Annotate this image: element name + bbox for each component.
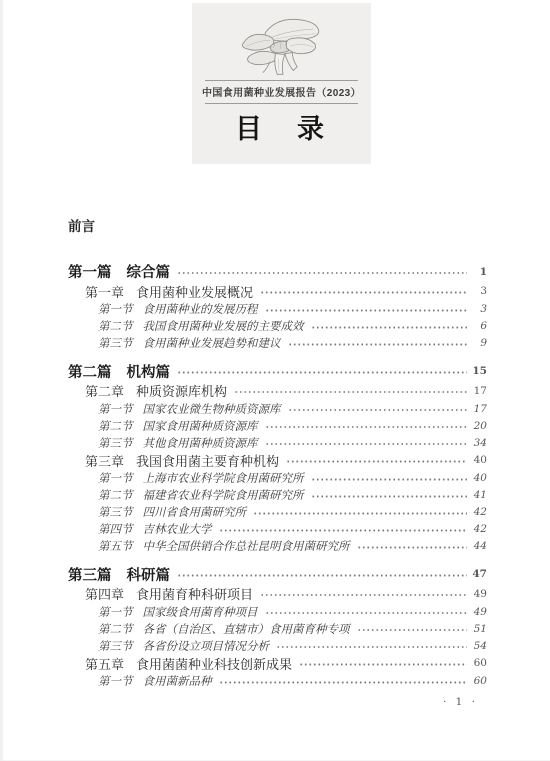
dot-leader	[311, 475, 468, 482]
toc-entry-title: 上海市农业科学院食用菌研究所	[143, 470, 304, 486]
toc-entry-title: 综合篇	[127, 261, 171, 282]
dot-leader	[265, 306, 468, 313]
toc-entry-page-number: 44	[471, 540, 487, 552]
dot-leader	[260, 288, 467, 295]
toc-entry-label: 第五节	[98, 538, 133, 554]
toc-entry-section: 第三节食用菌种业发展趋势和建议9	[68, 335, 487, 352]
toc-entry-label: 第一节	[98, 470, 133, 486]
toc-entry-part: 第一篇综合篇1	[68, 261, 487, 282]
toc-entry-section: 第二节福建省农业科学院食用菌研究所41	[68, 487, 487, 504]
mushroom-illustration-icon	[230, 12, 334, 80]
toc-entry-section: 第三节其他食用菌种质资源库34	[68, 434, 487, 451]
toc-entry-label: 第三节	[98, 335, 133, 351]
toc-entry-label: 第一节	[98, 604, 133, 620]
toc-entry-title: 福建省农业科学院食用菌研究所	[143, 487, 304, 503]
dot-leader	[219, 526, 468, 533]
toc-entry-label: 第四节	[98, 521, 133, 537]
toc-entry-title: 种质资源库机构	[136, 381, 227, 400]
toc-content: 前言 第一篇综合篇1第一章食用菌种业发展概况3第一节食用菌种业的发展历程3第二节…	[68, 215, 487, 690]
toc-entry-section: 第一节国家级食用菌育种项目49	[68, 603, 487, 620]
toc-entry-page-number: 51	[471, 623, 487, 635]
toc-entry-page-number: 47	[471, 568, 487, 580]
toc-entry-title: 食用菌种业发展趋势和建议	[143, 335, 281, 351]
toc-entry-page-number: 42	[471, 506, 487, 518]
toc-entry-page-number: 17	[471, 403, 487, 415]
toc-entry-label: 第一章	[85, 282, 124, 301]
toc-entry-page-number: 54	[471, 640, 487, 652]
toc-entry-page-number: 60	[471, 675, 487, 687]
dot-leader	[177, 268, 467, 275]
toc-entry-page-number: 41	[471, 489, 487, 501]
toc-entry-label: 第三节	[98, 638, 133, 654]
dot-leader	[311, 323, 468, 330]
dot-leader	[357, 625, 468, 632]
dot-leader	[265, 608, 468, 615]
dot-leader	[265, 439, 468, 446]
toc-entry-page-number: 20	[471, 420, 487, 432]
toc-entry-part: 第二篇机构篇15	[68, 361, 487, 382]
toc-entry-chapter: 第四章食用菌育种科研项目49	[68, 585, 487, 604]
dot-leader	[288, 340, 468, 347]
toc-entry-section: 第一节国家农业微生物种质资源库17	[68, 400, 487, 417]
toc-entry-page-number: 1	[471, 266, 487, 278]
toc-entry-chapter: 第五章食用菌菌种业科技创新成果60	[68, 654, 487, 673]
toc-entry-page-number: 49	[471, 606, 487, 618]
dot-leader	[357, 543, 468, 550]
toc-entry-title: 国家级食用菌育种项目	[143, 604, 258, 620]
toc-entry-section: 第五节中华全国供销合作总社昆明食用菌研究所44	[68, 538, 487, 555]
header-divider-bottom	[205, 103, 358, 104]
toc-entry-page-number: 40	[471, 454, 487, 466]
toc-entry-title: 吉林农业大学	[143, 521, 212, 537]
toc-entry-chapter: 第二章种质资源库机构17	[68, 382, 487, 401]
toc-entry-title: 食用菌种业的发展历程	[143, 301, 258, 317]
toc-entry-label: 第二节	[98, 418, 133, 434]
dot-leader	[219, 678, 468, 685]
toc-entry-title: 机构篇	[127, 361, 171, 382]
toc-entry-label: 第三篇	[68, 564, 112, 585]
toc-entry-label: 第二节	[98, 621, 133, 637]
toc-entry-label: 第二篇	[68, 361, 112, 382]
toc-entry-label: 第五章	[85, 654, 124, 673]
toc-entry-label: 第二节	[98, 487, 133, 503]
toc-entry-title: 我国食用菌种业发展的主要成效	[143, 318, 304, 334]
toc-entry-section: 第四节吉林农业大学42	[68, 521, 487, 538]
toc-entry-section: 第三节四川省食用菌研究所42	[68, 504, 487, 521]
toc-list: 第一篇综合篇1第一章食用菌种业发展概况3第一节食用菌种业的发展历程3第二节我国食…	[68, 261, 487, 690]
toc-entry-title: 食用菌菌种业科技创新成果	[136, 654, 292, 673]
toc-entry-page-number: 3	[471, 285, 487, 297]
toc-entry-page-number: 9	[471, 337, 487, 349]
dot-leader	[177, 571, 467, 578]
toc-entry-part: 第三篇科研篇47	[68, 564, 487, 585]
toc-entry-label: 第一节	[98, 301, 133, 317]
toc-entry-section: 第二节我国食用菌种业发展的主要成效6	[68, 318, 487, 335]
toc-entry-title: 食用菌新品种	[143, 673, 212, 689]
toc-entry-label: 第一节	[98, 401, 133, 417]
foreword-entry: 前言	[68, 215, 487, 235]
dot-leader	[299, 660, 467, 667]
toc-entry-title: 中华全国供销合作总社昆明食用菌研究所	[143, 538, 350, 554]
header-scan-block: 中国食用菌种业发展报告（2023） 目 录	[192, 3, 371, 164]
toc-entry-chapter: 第三章我国食用菌主要育种机构40	[68, 451, 487, 470]
dot-leader	[265, 422, 468, 429]
toc-entry-label: 第三章	[85, 451, 124, 470]
toc-entry-page-number: 40	[471, 472, 487, 484]
toc-entry-section: 第二节各省（自治区、直辖市）食用菌育种专项51	[68, 620, 487, 637]
toc-entry-page-number: 42	[471, 523, 487, 535]
toc-entry-page-number: 49	[471, 588, 487, 600]
dot-leader	[286, 457, 467, 464]
toc-entry-section: 第三节各省份设立项目情况分析54	[68, 637, 487, 654]
toc-entry-title: 国家食用菌种质资源库	[143, 418, 258, 434]
toc-entry-chapter: 第一章食用菌种业发展概况3	[68, 282, 487, 301]
toc-entry-section: 第二节国家食用菌种质资源库20	[68, 417, 487, 434]
toc-entry-title: 其他食用菌种质资源库	[143, 435, 258, 451]
dot-leader	[276, 642, 467, 649]
toc-entry-page-number: 3	[471, 303, 487, 315]
toc-entry-page-number: 15	[471, 365, 487, 377]
toc-entry-title: 各省份设立项目情况分析	[143, 638, 270, 654]
toc-entry-label: 第四章	[85, 584, 124, 603]
toc-entry-title: 食用菌种业发展概况	[136, 282, 253, 301]
dot-leader	[234, 387, 467, 394]
dot-leader	[311, 492, 468, 499]
dot-leader	[288, 405, 468, 412]
toc-entry-label: 第三节	[98, 504, 133, 520]
toc-entry-page-number: 6	[471, 320, 487, 332]
toc-entry-label: 第一节	[98, 673, 133, 689]
dot-leader	[177, 368, 467, 375]
toc-entry-title: 各省（自治区、直辖市）食用菌育种专项	[143, 621, 350, 637]
report-title: 中国食用菌种业发展报告（2023）	[192, 81, 371, 103]
toc-entry-section: 第一节食用菌新品种60	[68, 673, 487, 690]
toc-entry-title: 四川省食用菌研究所	[143, 504, 247, 520]
toc-entry-label: 第三节	[98, 435, 133, 451]
toc-entry-title: 国家农业微生物种质资源库	[143, 401, 281, 417]
toc-entry-section: 第一节上海市农业科学院食用菌研究所40	[68, 470, 487, 487]
toc-entry-title: 我国食用菌主要育种机构	[136, 451, 279, 470]
dot-leader	[260, 590, 467, 597]
toc-entry-section: 第一节食用菌种业的发展历程3	[68, 301, 487, 318]
toc-page: 中国食用菌种业发展报告（2023） 目 录 前言 第一篇综合篇1第一章食用菌种业…	[0, 0, 550, 761]
toc-entry-label: 第二章	[85, 381, 124, 400]
toc-entry-title: 食用菌育种科研项目	[136, 584, 253, 603]
toc-entry-label: 第二节	[98, 318, 133, 334]
dot-leader	[253, 509, 467, 516]
toc-entry-page-number: 34	[471, 437, 487, 449]
toc-entry-label: 第一篇	[68, 261, 112, 282]
toc-title: 目 录	[192, 107, 371, 146]
footer-page-number: · 1 ·	[443, 696, 478, 708]
toc-entry-page-number: 60	[471, 657, 487, 669]
toc-entry-title: 科研篇	[127, 564, 171, 585]
toc-entry-page-number: 17	[471, 385, 487, 397]
